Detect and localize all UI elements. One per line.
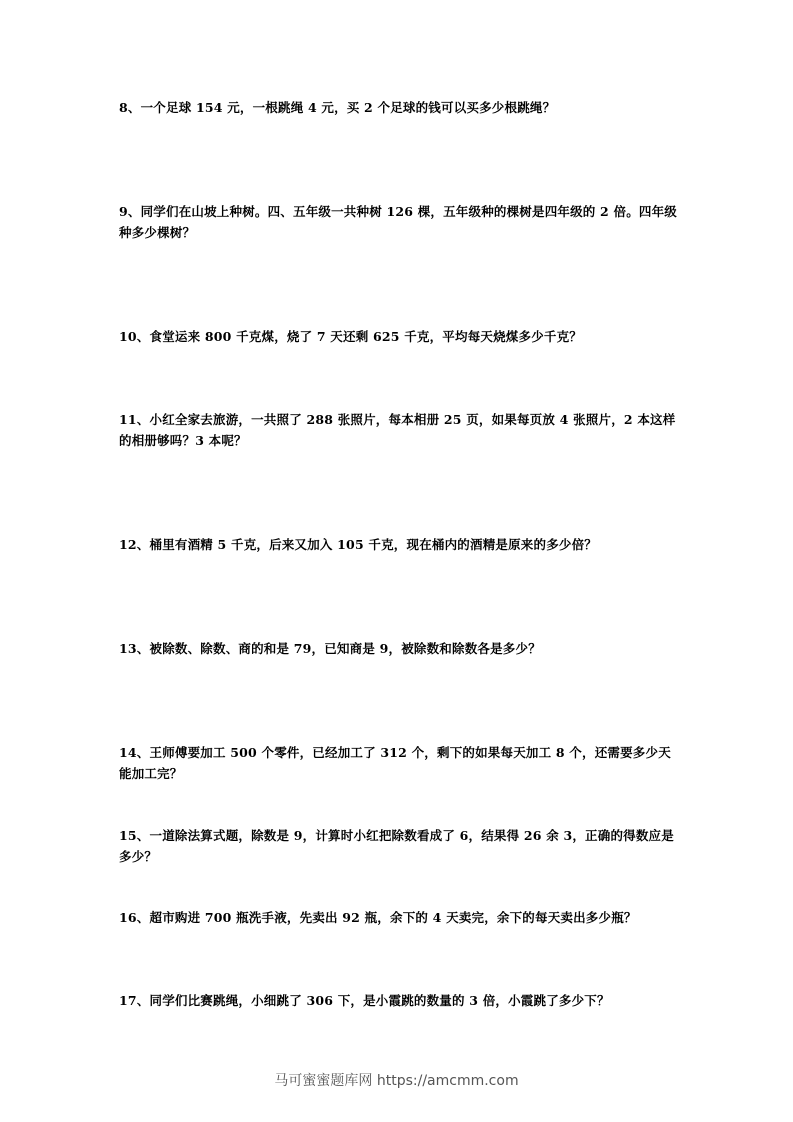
question-15: 15、一道除法算式题，除数是 9，计算时小红把除数看成了 6，结果得 26 余 … — [119, 825, 679, 867]
question-9: 9、同学们在山坡上种树。四、五年级一共种树 126 棵，五年级种的棵树是四年级的… — [119, 201, 679, 243]
question-17: 17、同学们比赛跳绳，小细跳了 306 下，是小霞跳的数量的 3 倍，小霞跳了多… — [119, 990, 679, 1011]
question-13: 13、被除数、除数、商的和是 79，已知商是 9，被除数和除数各是多少？ — [119, 638, 679, 659]
question-11: 11、小红全家去旅游，一共照了 288 张照片，每本相册 25 页，如果每页放 … — [119, 409, 679, 451]
footer-watermark: 马可蜜蜜题库网 https://amcmm.com — [0, 1070, 793, 1090]
question-8: 8、一个足球 154 元，一根跳绳 4 元，买 2 个足球的钱可以买多少根跳绳？ — [119, 97, 679, 118]
question-12: 12、桶里有酒精 5 千克，后来又加入 105 千克，现在桶内的酒精是原来的多少… — [119, 534, 679, 555]
question-16: 16、超市购进 700 瓶洗手液，先卖出 92 瓶，余下的 4 天卖完，余下的每… — [119, 907, 679, 928]
question-10: 10、食堂运来 800 千克煤，烧了 7 天还剩 625 千克，平均每天烧煤多少… — [119, 326, 679, 347]
question-14: 14、王师傅要加工 500 个零件，已经加工了 312 个，剩下的如果每天加工 … — [119, 742, 679, 784]
